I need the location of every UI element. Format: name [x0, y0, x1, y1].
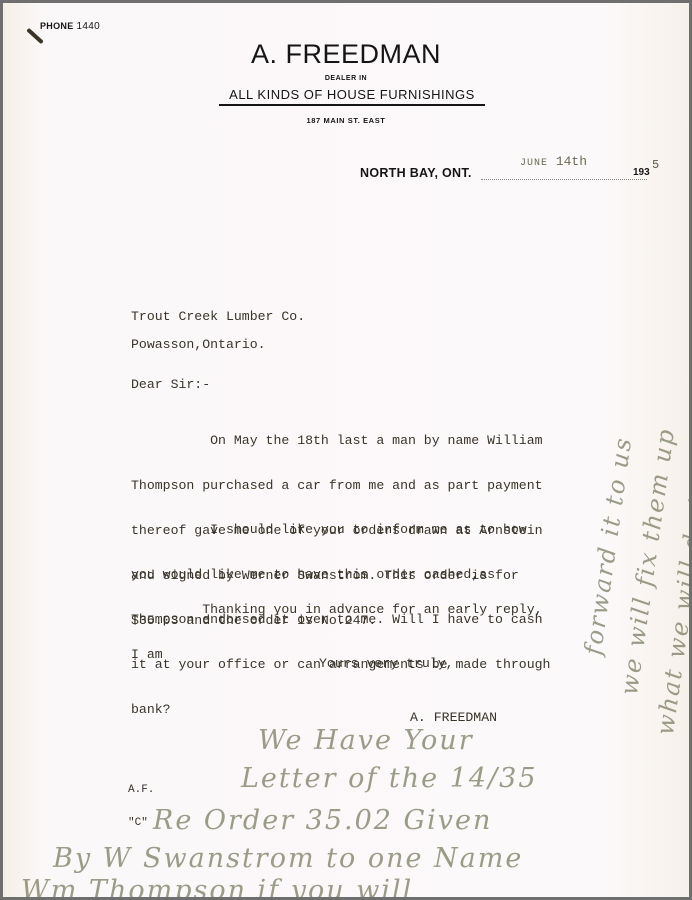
business-name: A. FREEDMAN [3, 39, 689, 70]
paragraph-line: Thompson purchased a car from me and as … [131, 478, 543, 493]
handwritten-line: Wm Thompson if you will [21, 875, 413, 897]
date-month: JUNE [520, 158, 548, 169]
business-address: 187 MAIN ST. EAST [3, 116, 689, 125]
phone-label: PHONE [40, 21, 74, 31]
year-digit: 5 [652, 158, 659, 172]
salutation: Dear Sir:- [131, 377, 210, 392]
paragraph-3: Thanking you in advance for an early rep… [131, 572, 543, 692]
phone-line: PHONE1440 [40, 21, 100, 32]
paragraph-line: On May the 18th last a man by name Willi… [131, 433, 543, 448]
reference-initials: A.F. "C" [128, 763, 154, 851]
dealer-in-label: DEALER IN [3, 75, 689, 82]
signature: A. FREEDMAN [410, 710, 497, 725]
year-prefix: 193 [633, 167, 650, 178]
closing: Yours very truly, [319, 656, 454, 671]
initials-line: A.F. [128, 785, 154, 796]
paragraph-line: Thanking you in advance for an early rep… [131, 602, 543, 617]
letter-page: PHONE1440 A. FREEDMAN DEALER IN ALL KIND… [3, 3, 689, 897]
handwritten-line: Letter of the 14/35 [241, 763, 538, 794]
phone-number: 1440 [77, 21, 100, 32]
paragraph-line: I should like you to inform me as to how [131, 522, 550, 537]
date-day: 14th [556, 154, 587, 169]
handwritten-line: Re Order 35.02 Given [153, 805, 492, 836]
typed-date: JUNE 14th [520, 154, 587, 169]
handwritten-line: We Have Your [258, 725, 474, 756]
handwritten-line: By W Swanstrom to one Name [53, 843, 523, 874]
initials-line: "C" [128, 818, 154, 829]
date-dotted-line [481, 179, 647, 180]
date-place: NORTH BAY, ONT. [360, 166, 472, 180]
trade-description: ALL KINDS OF HOUSE FURNISHINGS [219, 87, 485, 106]
recipient-company: Trout Creek Lumber Co. [131, 309, 305, 324]
recipient-location: Powasson,Ontario. [131, 337, 266, 352]
